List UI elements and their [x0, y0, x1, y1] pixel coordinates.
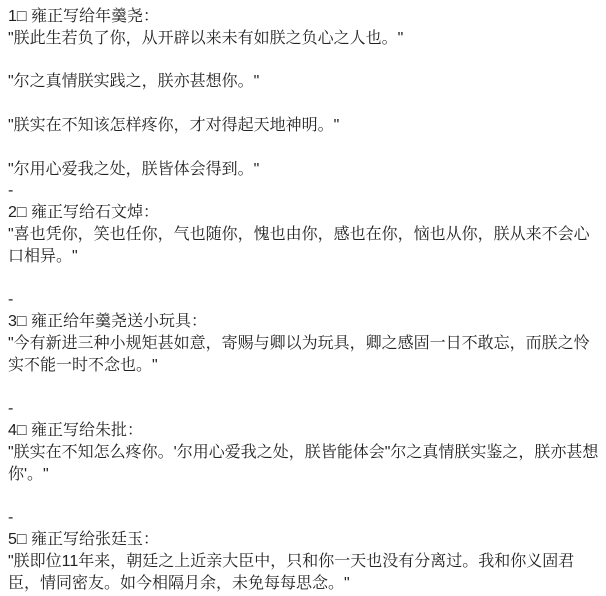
quote-line: "尔用心爱我之处，朕皆体会得到。" [8, 159, 602, 181]
blank-line [8, 50, 602, 72]
separator-dash: - [8, 289, 602, 311]
quote-line: "朕即位11年来，朝廷之上近亲大臣中，只和你一天也没有分离过。我和你义固君臣，情… [8, 551, 602, 595]
quote-line: "喜也凭你，笑也任你，气也随你，愧也由你，感也在你，恼也从你，朕从来不会心口相异… [8, 224, 602, 268]
blank-line [8, 137, 602, 159]
quote-line: "尔之真情朕实践之，朕亦甚想你。" [8, 71, 602, 93]
blank-line [8, 486, 602, 508]
section-heading: 4□ 雍正写给朱批： [8, 420, 602, 442]
separator-dash: - [8, 180, 602, 202]
quote-line: "朕实在不知怎么疼你。'尔用心爱我之处，朕皆能体会"尔之真情朕实鉴之，朕亦甚想你… [8, 442, 602, 486]
separator-dash: - [8, 398, 602, 420]
blank-line [8, 268, 602, 290]
section-heading: 5□ 雍正写给张廷玉： [8, 529, 602, 551]
quote-line: "今有新进三种小规矩甚如意，寄赐与卿以为玩具，卿之感固一日不敢忘，而朕之怜实不能… [8, 333, 602, 377]
section-heading: 2□ 雍正写给石文焯： [8, 202, 602, 224]
separator-dash: - [8, 507, 602, 529]
document-blocks: 1□ 雍正写给年羹尧："朕此生若负了你，从开辟以来未有如朕之负心之人也。" "尔… [8, 6, 602, 595]
document: 1□ 雍正写给年羹尧："朕此生若负了你，从开辟以来未有如朕之负心之人也。" "尔… [0, 0, 606, 595]
blank-line [8, 377, 602, 399]
section-heading: 1□ 雍正写给年羹尧： [8, 6, 602, 28]
quote-line: "朕实在不知该怎样疼你，才对得起天地神明。" [8, 115, 602, 137]
quote-line: "朕此生若负了你，从开辟以来未有如朕之负心之人也。" [8, 28, 602, 50]
section-heading: 3□ 雍正给年羹尧送小玩具： [8, 311, 602, 333]
blank-line [8, 93, 602, 115]
